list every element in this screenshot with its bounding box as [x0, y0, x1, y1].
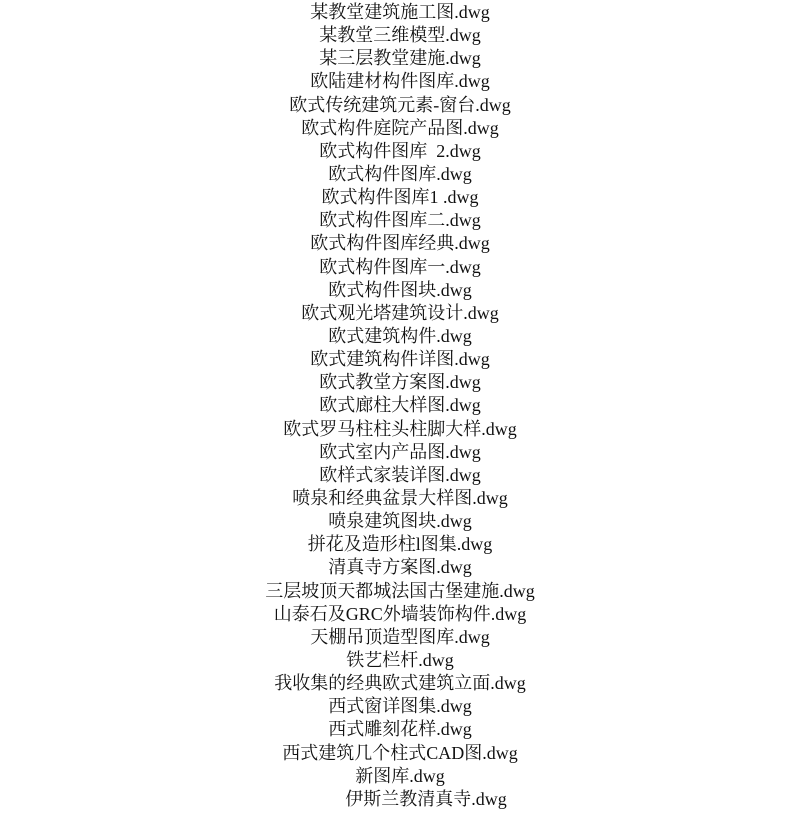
file-name: 新图库.dwg	[0, 765, 800, 788]
file-name: 西式建筑几个柱式CAD图.dwg	[0, 742, 800, 765]
file-name: 欧式廊柱大样图.dwg	[0, 394, 800, 417]
file-name: 某教堂建筑施工图.dwg	[0, 1, 800, 24]
file-name: 欧式观光塔建筑设计.dwg	[0, 302, 800, 325]
file-name: 欧样式家装详图.dwg	[0, 464, 800, 487]
file-name: 山泰石及GRC外墙装饰构件.dwg	[0, 603, 800, 626]
file-name: 欧式构件图库一.dwg	[0, 256, 800, 279]
file-name: 西式窗详图集.dwg	[0, 695, 800, 718]
file-name: 清真寺方案图.dwg	[0, 556, 800, 579]
file-name: 欧式建筑构件详图.dwg	[0, 348, 800, 371]
file-name: 欧式构件图库1 .dwg	[0, 186, 800, 209]
file-name: 欧式构件图库 2.dwg	[0, 140, 800, 163]
file-name: 铁艺栏杆.dwg	[0, 649, 800, 672]
file-name: 西式雕刻花样.dwg	[0, 718, 800, 741]
file-name: 天棚吊顶造型图库.dwg	[0, 626, 800, 649]
file-name: 我收集的经典欧式建筑立面.dwg	[0, 672, 800, 695]
file-name: 拼花及造形柱l图集.dwg	[0, 533, 800, 556]
file-name: 欧式构件图块.dwg	[0, 279, 800, 302]
file-name: 喷泉和经典盆景大样图.dwg	[0, 487, 800, 510]
file-name: 欧式构件图库二.dwg	[0, 209, 800, 232]
file-name: 欧陆建材构件图库.dwg	[0, 70, 800, 93]
file-name: 欧式传统建筑元素-窗台.dwg	[0, 94, 800, 117]
file-name: 欧式教堂方案图.dwg	[0, 371, 800, 394]
file-name: 某三层教堂建施.dwg	[0, 47, 800, 70]
file-name: 欧式室内产品图.dwg	[0, 441, 800, 464]
file-name: 欧式罗马柱柱头柱脚大样.dwg	[0, 418, 800, 441]
file-name: 三层坡顶天都城法国古堡建施.dwg	[0, 580, 800, 603]
file-name: 喷泉建筑图块.dwg	[0, 510, 800, 533]
file-name: 欧式构件图库.dwg	[0, 163, 800, 186]
file-name: 某教堂三维模型.dwg	[0, 24, 800, 47]
file-name: 欧式构件庭院产品图.dwg	[0, 117, 800, 140]
file-name: 伊斯兰教清真寺.dwg	[0, 788, 800, 811]
file-list: 某教堂建筑施工图.dwg 某教堂三维模型.dwg 某三层教堂建施.dwg 欧陆建…	[0, 1, 800, 811]
file-name: 欧式建筑构件.dwg	[0, 325, 800, 348]
file-name: 欧式构件图库经典.dwg	[0, 232, 800, 255]
